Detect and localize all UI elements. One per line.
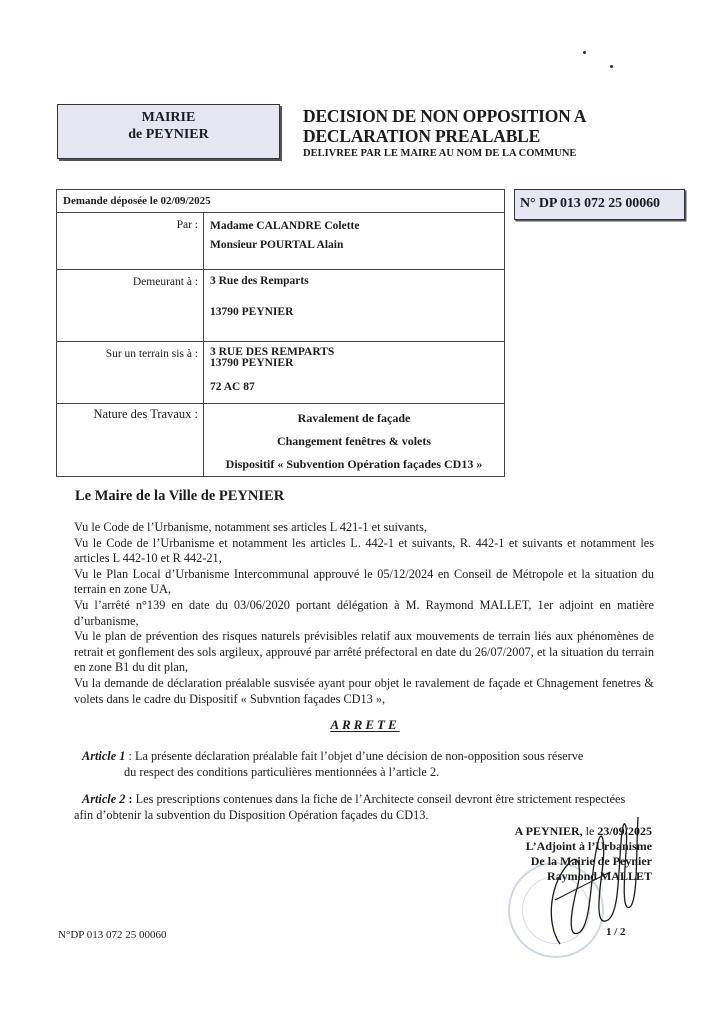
address-street: 3 Rue des Remparts [210,273,498,290]
article-separator: : [125,792,135,806]
works-item: Ravalement de façade [210,407,498,430]
deposit-row: Demande déposée le 02/09/2025 [57,190,505,213]
table-row: Par : Madame CALANDRE Colette Monsieur P… [57,213,505,270]
article-label: Article 2 [82,792,125,806]
mairie-label: MAIRIE [58,109,279,126]
handwritten-signature-icon [540,812,660,962]
article-1: Article 1 : La présente déclaration préa… [82,748,682,780]
document-title-line-2: DECLARATION PREALABLE [303,126,586,146]
scan-speck [583,51,586,54]
article-text: La présente déclaration préalable fait l… [135,749,583,763]
works-label: Nature des Travaux : [57,404,204,477]
consideration-item: Vu le plan de prévention des risques nat… [74,629,654,676]
land-city: 13790 PEYNIER [210,357,498,370]
cadastral-reference: 72 AC 87 [210,381,498,394]
scan-speck [610,65,613,68]
works-item: Dispositif « Subvention Opération façade… [210,453,498,476]
page-number: 1 / 2 [606,926,626,938]
footer-dossier-reference: N°DP 013 072 25 00060 [58,929,167,941]
consideration-item: Vu le Code de l’Urbanisme, notamment ses… [74,520,654,536]
mairie-header-box: MAIRIE de PEYNIER [57,104,280,159]
works-item: Changement fenêtres & volets [210,430,498,453]
residence-label: Demeurant à : [57,270,204,342]
table-row: Nature des Travaux : Ravalement de façad… [57,404,505,477]
land-address: 3 RUE DES REMPARTS 13790 PEYNIER 72 AC 8… [204,342,505,404]
article-separator: : [125,749,135,763]
deposit-date: Demande déposée le 02/09/2025 [57,190,505,213]
consideration-item: Vu la demande de déclaration préalable s… [74,676,654,707]
article-text: Les prescriptions contenues dans la fich… [136,792,626,806]
consideration-item: Vu le Plan Local d’Urbanisme Intercommun… [74,567,654,598]
article-label: Article 1 [82,749,125,763]
address-city: 13790 PEYNIER [210,304,498,321]
document-title-line-1: DECISION DE NON OPPOSITION A [303,106,586,126]
table-row: Demeurant à : 3 Rue des Remparts 13790 P… [57,270,505,342]
works-description: Ravalement de façade Changement fenêtres… [204,404,505,477]
document-subtitle: DELIVREE PAR LE MAIRE AU NOM DE LA COMMU… [303,147,586,161]
applicant-label: Par : [57,213,204,270]
maire-heading: Le Maire de la Ville de PEYNIER [75,488,284,505]
considerations-list: Vu le Code de l’Urbanisme, notamment ses… [74,520,654,707]
consideration-item: Vu le Code de l’Urbanisme et notamment l… [74,536,654,567]
applicant-names: Madame CALANDRE Colette Monsieur POURTAL… [204,213,505,270]
consideration-item: Vu l’arrêté n°139 en date du 03/06/2020 … [74,598,654,629]
land-label: Sur un terrain sis à : [57,342,204,404]
article-text-continued: du respect des conditions particulières … [82,764,682,780]
dossier-number-box: N° DP 013 072 25 00060 [514,189,685,220]
residence-address: 3 Rue des Remparts 13790 PEYNIER [204,270,505,342]
document-title-block: DECISION DE NON OPPOSITION A DECLARATION… [303,106,586,161]
mairie-town: de PEYNIER [58,126,279,143]
table-row: Sur un terrain sis à : 3 RUE DES REMPART… [57,342,505,404]
request-details-table: Demande déposée le 02/09/2025 Par : Mada… [56,189,505,477]
arrete-heading: ARRETE [0,717,724,733]
